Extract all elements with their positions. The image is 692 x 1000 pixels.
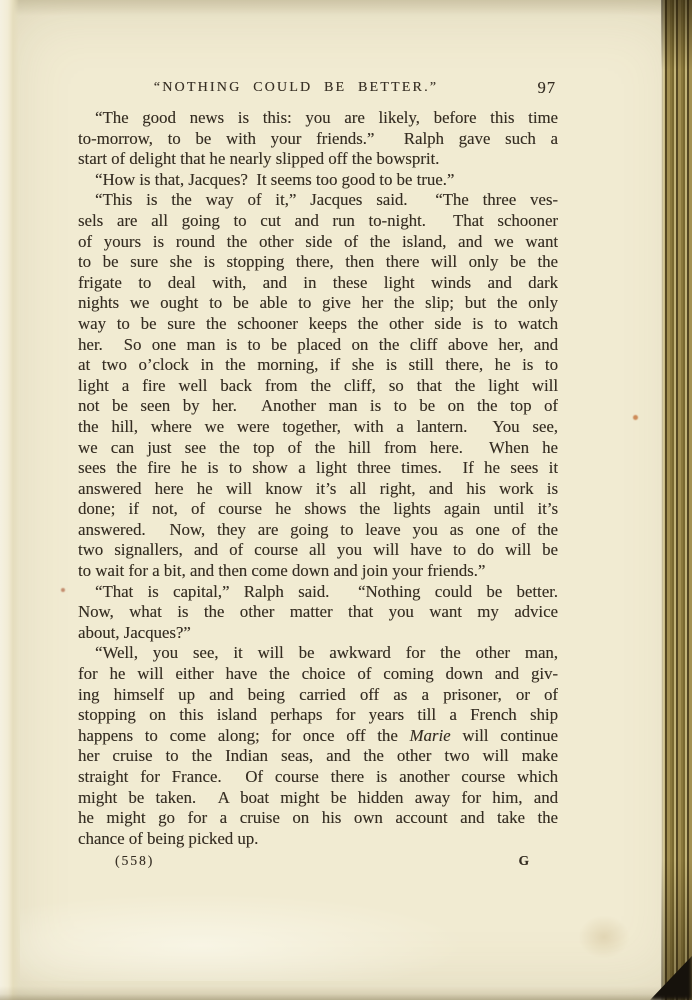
body-line: to be sure she is stopping there, then t… <box>78 252 558 273</box>
body-line: the hill, where we were together, with a… <box>78 417 558 438</box>
body-line: her cruise to the Indian seas, and the o… <box>78 746 558 767</box>
body-line: way to be sure the schooner keeps the ot… <box>78 314 558 335</box>
body-line: stopping on this island perhaps for year… <box>78 705 558 726</box>
page-footer: (558) G <box>78 853 558 873</box>
body-line: not be seen by her. Another man is to be… <box>78 396 558 417</box>
paragraph: “That is capital,” Ralph said. “Nothing … <box>78 582 558 644</box>
body-line: answered here he will know it’s all righ… <box>78 479 558 500</box>
paper-stain-dot <box>633 415 638 420</box>
body-line: “That is capital,” Ralph said. “Nothing … <box>78 582 558 603</box>
body-line: he might go for a cruise on his own acco… <box>78 808 558 829</box>
paper-stain <box>578 915 630 959</box>
scanned-book-page: “NOTHING COULD BE BETTER.” 97 “The good … <box>0 0 692 1000</box>
running-header: “NOTHING COULD BE BETTER.” 97 <box>78 78 558 98</box>
page-edge-top-shadow <box>0 0 692 16</box>
body-line: chance of being picked up. <box>78 829 558 850</box>
paragraph: “How is that, Jacques? It seems too good… <box>78 170 558 191</box>
body-text: “The good news is this: you are likely, … <box>78 108 558 849</box>
body-line: frigate to deal with, and in these light… <box>78 273 558 294</box>
body-line: sels are all going to cut and run to-nig… <box>78 211 558 232</box>
body-line: “Well, you see, it will be awkward for t… <box>78 643 558 664</box>
body-line: “How is that, Jacques? It seems too good… <box>78 170 558 191</box>
body-line: of yours is round the other side of the … <box>78 232 558 253</box>
body-line: about, Jacques?” <box>78 623 558 644</box>
body-line: at two o’clock in the morning, if she is… <box>78 355 558 376</box>
body-line: Now, what is the other matter that you w… <box>78 602 558 623</box>
body-line: answered. Now, they are going to leave y… <box>78 520 558 541</box>
body-line: nights we ought to be able to give her t… <box>78 293 558 314</box>
printer-signature: (558) <box>115 853 154 868</box>
chapter-running-title: “NOTHING COULD BE BETTER.” <box>78 78 558 98</box>
body-line: two signallers, and of course all you wi… <box>78 540 558 561</box>
body-line: might be taken. A boat might be hidden a… <box>78 788 558 809</box>
paper-speck <box>61 588 65 592</box>
book-fore-edge-pages <box>661 0 692 1000</box>
body-line: ing himself up and being carried off as … <box>78 685 558 706</box>
body-line: to-morrow, to be with your friends.” Ral… <box>78 129 558 150</box>
paragraph: “Well, you see, it will be awkward for t… <box>78 643 558 849</box>
page-number: 97 <box>538 78 557 98</box>
body-line: we can just see the top of the hill from… <box>78 438 558 459</box>
text-block: “NOTHING COULD BE BETTER.” 97 “The good … <box>78 78 558 873</box>
page-edge-left <box>0 0 20 1000</box>
body-line: done; if not, of course he shows the lig… <box>78 499 558 520</box>
page-edge-bottom-shadow <box>0 986 661 1000</box>
body-line: “This is the way of it,” Jacques said. “… <box>78 190 558 211</box>
paragraph: “The good news is this: you are likely, … <box>78 108 558 170</box>
body-line: happens to come along; for once off the … <box>78 726 558 747</box>
body-line: “The good news is this: you are likely, … <box>78 108 558 129</box>
scan-light-patch <box>20 893 470 981</box>
paragraph: “This is the way of it,” Jacques said. “… <box>78 190 558 581</box>
body-line: start of delight that he nearly slipped … <box>78 149 558 170</box>
body-line: light a fire well back from the cliff, s… <box>78 376 558 397</box>
body-line: for he will either have the choice of co… <box>78 664 558 685</box>
body-line: to wait for a bit, and then come down an… <box>78 561 558 582</box>
body-line: straight for France. Of course there is … <box>78 767 558 788</box>
body-line: sees the fire he is to show a light thre… <box>78 458 558 479</box>
italic-ship-name: Marie <box>410 726 451 745</box>
gathering-letter: G <box>518 853 530 869</box>
body-line: her. So one man is to be placed on the c… <box>78 335 558 356</box>
